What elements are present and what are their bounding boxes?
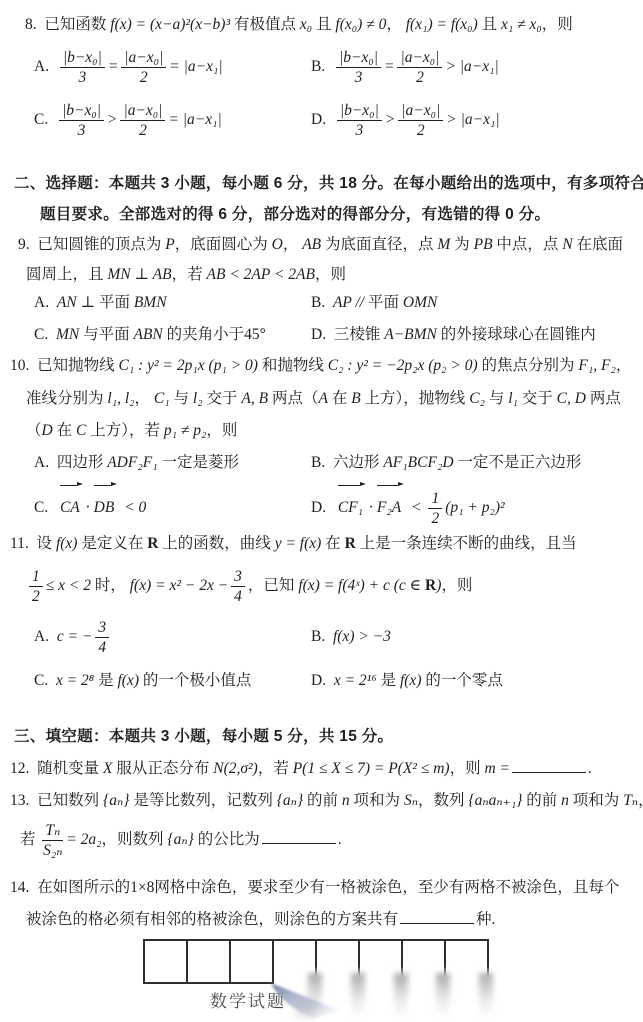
text-run: 被涂色的格必须有相邻的格被涂色，则涂色的方案共有	[26, 911, 398, 928]
fraction: |b−x₀|3	[336, 49, 381, 87]
math-run: AB	[302, 236, 321, 253]
question-9-option-c: C. MN 与平面 ABN 的夹角小于45°	[34, 324, 266, 346]
grid-line	[186, 939, 188, 984]
math-run: x = 2¹⁶	[334, 672, 377, 689]
text-run: A.	[34, 58, 57, 75]
question-9-stem-line-1: 9. 已知圆锥的顶点为 P，底面圆心为 O， AB 为底面直径，点 M 为 PB…	[18, 234, 623, 256]
text-run: 9. 已知圆锥的顶点为	[18, 236, 165, 253]
text-run: 项和为	[569, 792, 623, 809]
text-run: 两点（	[268, 390, 318, 407]
text-run: 为底面直径，点	[321, 236, 437, 253]
math-run: <	[407, 499, 425, 516]
text-run: 和抛物线	[258, 357, 328, 374]
fraction: |a−x₀|2	[120, 102, 165, 140]
text-run: ，	[638, 792, 643, 809]
fraction-numerator: Tₙ	[42, 822, 63, 841]
math-run: P(1 ≤ X ≤ 7) = P(X² ≤ m)	[293, 760, 450, 777]
bold-math-run: R	[147, 535, 158, 552]
text-run: 10. 已知抛物线	[10, 357, 119, 374]
text-run: 的前	[303, 792, 342, 809]
text-run: 且	[478, 16, 501, 33]
math-run: A, B	[241, 390, 268, 407]
math-run: > |a−x₁|	[445, 58, 498, 75]
math-run: {aₙ}	[277, 792, 303, 809]
text-run: B. 六边形	[311, 454, 383, 471]
fraction-denominator: 2	[417, 121, 425, 139]
fraction: |b−x₀|3	[60, 49, 105, 87]
math-run: PB	[474, 236, 493, 253]
math-run: AB < 2AP < 2AB	[207, 266, 315, 283]
math-run: BMN	[134, 294, 167, 311]
math-run: A−BMN	[384, 326, 437, 343]
math-run: > |a−x₁|	[446, 111, 499, 128]
text-run: ，则	[542, 16, 573, 33]
text-run: 两点	[586, 390, 621, 407]
fraction-denominator: 3	[355, 68, 363, 86]
text-run: 14. 在如图所示的1×8网格中涂色，要求至少有一格被涂色，至少有两格不被涂色，…	[10, 879, 619, 896]
text-run: D. 三棱锥	[311, 326, 384, 343]
answer-blank	[400, 908, 474, 924]
question-14-stem-line-2: 被涂色的格必须有相邻的格被涂色，则涂色的方案共有种.	[26, 908, 495, 931]
math-run: AN	[57, 294, 77, 311]
math-run: = |a−x₁|	[169, 58, 222, 75]
fraction: TₙS₂ₙ	[42, 822, 63, 860]
text-run: 上的函数，曲线	[158, 535, 274, 552]
text-run: 的公比为	[194, 831, 260, 848]
text-run: 与	[170, 390, 193, 407]
fraction: |b−x₀|3	[59, 102, 104, 140]
fraction: |a−x₀|2	[121, 49, 166, 87]
text-run: 的前	[522, 792, 561, 809]
fraction-denominator: 3	[78, 68, 86, 86]
text-run: B.	[311, 628, 333, 645]
text-run: C.	[34, 499, 56, 516]
math-run: = |a−x₁|	[168, 111, 221, 128]
question-12: 12. 随机变量 X 服从正态分布 N(2,σ²)，若 P(1 ≤ X ≤ 7)…	[10, 757, 592, 780]
text-run: 时，	[91, 577, 130, 594]
fraction-numerator: |b−x₀|	[60, 49, 105, 68]
text-run: .	[588, 760, 592, 777]
text-run: 交于	[203, 390, 242, 407]
math-run: =	[384, 58, 394, 75]
fraction-numerator: |a−x₀|	[120, 102, 165, 121]
math-run: x₁ ≠ x₀	[501, 16, 542, 33]
grid-line	[487, 939, 489, 977]
math-run: n	[342, 792, 350, 809]
question-14-stem-line-1: 14. 在如图所示的1×8网格中涂色，要求至少有一格被涂色，至少有两格不被涂色，…	[10, 877, 619, 899]
text-run: 中点，点	[493, 236, 563, 253]
math-run: N	[562, 236, 572, 253]
fraction-denominator: 2	[431, 509, 439, 527]
text-run: ，则数列	[102, 831, 168, 848]
question-8-option-a: A. |b−x₀|3=|a−x₀|2= |a−x₁|	[34, 46, 223, 88]
text-run: 若	[20, 831, 39, 848]
math-run: M	[437, 236, 450, 253]
math-run: < 0	[120, 499, 146, 516]
math-run: n	[561, 792, 569, 809]
math-run: MN ⊥ AB	[107, 266, 171, 283]
math-run: f(x) > −3	[333, 628, 391, 645]
math-run: AP //	[333, 294, 364, 311]
math-run: y = f(x)	[275, 535, 322, 552]
text-run: 在	[53, 422, 76, 439]
text-run: 是	[377, 672, 400, 689]
text-run: 的夹角小于45°	[163, 326, 266, 343]
text-run: 二、选择题：本题共 3 小题，每小题 6 分，共 18 分。在每小题给出的选项中…	[14, 175, 643, 192]
math-run: ·	[369, 499, 373, 516]
fraction-numerator: |b−x₀|	[337, 102, 382, 121]
fraction-denominator: 3	[355, 121, 363, 139]
math-run: (p₁ + p₂)²	[445, 499, 504, 516]
section-2-header-line-1: 二、选择题：本题共 3 小题，每小题 6 分，共 18 分。在每小题给出的选项中…	[14, 173, 643, 195]
question-10-stem-line-1: 10. 已知抛物线 C₁ : y² = 2p₁x (p₁ > 0) 和抛物线 C…	[10, 355, 631, 377]
question-8-option-b: B. |b−x₀|3=|a−x₀|2> |a−x₁|	[311, 46, 499, 88]
math-run: ABN	[133, 326, 162, 343]
vector-arrow: DB	[93, 484, 118, 529]
vector-arrow: CA	[59, 484, 83, 529]
math-run: MN	[56, 326, 79, 343]
text-run: ，则	[441, 577, 472, 594]
text-run: 是	[94, 672, 117, 689]
math-run: x = 2⁸	[56, 672, 94, 689]
math-run: m =	[484, 760, 510, 777]
fraction-denominator: 2	[140, 68, 148, 86]
question-11-option-a: A. c = −34	[34, 616, 112, 658]
text-run: D.	[311, 111, 334, 128]
math-run: C	[76, 422, 86, 439]
text-run: D.	[311, 672, 334, 689]
text-run: ，	[135, 390, 154, 407]
math-run: f(x₁) = f(x₀)	[406, 16, 478, 33]
fraction-numerator: |b−x₀|	[59, 102, 104, 121]
fraction-numerator: 3	[95, 619, 109, 638]
text-run: B.	[311, 58, 333, 75]
math-run: C₂	[469, 390, 485, 407]
text-run: 为	[450, 236, 473, 253]
math-run: f(x)	[56, 535, 78, 552]
math-run: f(x) = f(4ˣ) + c (c ∈	[298, 577, 425, 594]
math-run: ADF₂F₁	[107, 454, 157, 471]
math-run: C, D	[557, 390, 586, 407]
text-run: C.	[34, 326, 56, 343]
text-run: ，则	[315, 266, 346, 283]
fraction-denominator: 2	[139, 121, 147, 139]
question-10-option-b: B. 六边形 AF₁BCF₂D 一定不是正六边形	[311, 452, 581, 474]
answer-blank	[262, 828, 336, 844]
text-run: B.	[311, 294, 333, 311]
question-10-option-d: D. CF₁·F₂A < 12(p₁ + p₂)²	[311, 484, 505, 529]
text-run: 在底面	[573, 236, 623, 253]
math-run: l₂	[193, 390, 203, 407]
question-9-stem-line-2: 圆周上，且 MN ⊥ AB，若 AB < 2AP < 2AB，则	[26, 264, 346, 286]
question-8-option-c: C. |b−x₀|3>|a−x₀|2= |a−x₁|	[34, 99, 222, 141]
math-run: Sₙ	[404, 792, 418, 809]
question-8-stem: 8. 已知函数 f(x) = (x−a)²(x−b)³ 有极值点 x₀ 且 f(…	[25, 14, 573, 36]
text-run: 一定不是正六边形	[454, 454, 582, 471]
text-run: ，数列	[418, 792, 468, 809]
answer-blank	[512, 757, 586, 773]
fraction-denominator: 4	[234, 587, 242, 605]
fraction-denominator: 3	[78, 121, 86, 139]
text-run: 圆周上，且	[26, 266, 107, 283]
scan-smudge	[394, 973, 408, 1019]
question-9-option-a: A. AN ⊥ 平面 BMN	[34, 292, 167, 314]
fraction-numerator: 1	[428, 490, 442, 509]
exam-page: 8. 已知函数 f(x) = (x−a)²(x−b)³ 有极值点 x₀ 且 f(…	[0, 0, 643, 1022]
question-13-stem-line-2: 若 TₙS₂ₙ= 2a₂，则数列 {aₙ} 的公比为.	[20, 819, 342, 861]
section-3-header: 三、填空题：本题共 3 小题，每小题 5 分，共 15 分。	[14, 726, 393, 748]
math-run: P	[165, 236, 174, 253]
math-run: C₁	[154, 390, 170, 407]
text-run: 是等比数列，记数列	[129, 792, 276, 809]
fraction-numerator: 3	[231, 568, 245, 587]
fraction-numerator: |b−x₀|	[336, 49, 381, 68]
text-run: 11. 设	[10, 535, 56, 552]
text-run: 项和为	[350, 792, 404, 809]
grid-line	[143, 982, 274, 984]
text-run: 上方），若	[86, 422, 164, 439]
math-run: N(2,σ²)	[213, 760, 258, 777]
question-11-option-b: B. f(x) > −3	[311, 616, 391, 658]
text-run: 的一个零点	[421, 672, 502, 689]
fraction: 34	[95, 619, 109, 657]
section-2-header-line-2: 题目要求。全部选对的得 6 分，部分选对的得部分分，有选错的得 0 分。	[40, 204, 550, 226]
fraction-numerator: 1	[29, 568, 43, 587]
text-run: ，则	[206, 422, 237, 439]
bold-math-run: R	[345, 535, 356, 552]
text-run: 的焦点分别为	[478, 357, 579, 374]
grid-line	[143, 939, 145, 984]
question-11-option-c: C. x = 2⁸ 是 f(x) 的一个极小值点	[34, 670, 251, 692]
text-run: 交于	[518, 390, 557, 407]
text-run: 的外接球球心在圆锥内	[437, 326, 596, 343]
text-run: 8. 已知函数	[25, 16, 110, 33]
question-13-stem-line-1: 13. 已知数列 {aₙ} 是等比数列，记数列 {aₙ} 的前 n 项和为 Sₙ…	[10, 790, 643, 812]
grid-line	[315, 939, 317, 977]
text-run: A.	[34, 294, 57, 311]
text-run: ，则	[450, 760, 485, 777]
text-run: （	[26, 422, 42, 439]
text-run: ⊥ 平面	[77, 294, 134, 311]
math-run: F₁, F₂	[578, 357, 615, 374]
text-run: 的一个极小值点	[139, 672, 251, 689]
math-run: c = −	[57, 628, 93, 645]
text-run: 12. 随机变量	[10, 760, 103, 777]
vector-arrow: CF₁	[337, 484, 366, 529]
fraction-denominator: S₂ₙ	[43, 841, 62, 859]
math-run: A	[318, 390, 327, 407]
vector-arrow: F₂A	[376, 484, 404, 529]
fraction-numerator: |a−x₀|	[397, 49, 442, 68]
text-run: 平面	[364, 294, 403, 311]
text-run: ，	[386, 16, 405, 33]
scan-smudge	[436, 973, 450, 1019]
math-run: C₁ : y² = 2p₁x (p₁ > 0)	[119, 357, 258, 374]
grid-line	[358, 939, 360, 977]
text-run: C.	[34, 111, 56, 128]
math-run: l₁, l₂	[107, 390, 134, 407]
text-run: A.	[34, 628, 57, 645]
text-run: 一定是菱形	[158, 454, 239, 471]
grid-line	[444, 939, 446, 977]
math-run: Tₙ	[623, 792, 638, 809]
math-run: OMN	[403, 294, 437, 311]
math-run: l₁	[508, 390, 518, 407]
fraction: |a−x₀|2	[398, 102, 443, 140]
fraction-numerator: |a−x₀|	[121, 49, 166, 68]
question-10-stem-line-2: 准线分别为 l₁, l₂， C₁ 与 l₂ 交于 A, B 两点（A 在 B 上…	[26, 388, 621, 410]
question-8-option-d: D. |b−x₀|3>|a−x₀|2> |a−x₁|	[311, 99, 500, 141]
bold-math-run: R	[425, 577, 436, 594]
text-run: ，底面圆心为	[175, 236, 272, 253]
text-run: ，已知	[248, 577, 298, 594]
text-run: 上是一条连续不断的曲线，且当	[356, 535, 577, 552]
text-run: 与	[485, 390, 508, 407]
fraction: |b−x₀|3	[337, 102, 382, 140]
text-run: 13. 已知数列	[10, 792, 103, 809]
fraction-denominator: 4	[98, 638, 106, 656]
text-run: 准线分别为	[26, 390, 107, 407]
math-run: AF₁BCF₂D	[383, 454, 453, 471]
text-run: 在	[321, 535, 344, 552]
math-run: ·	[86, 499, 90, 516]
fraction-denominator: 2	[416, 68, 424, 86]
text-run: 且	[312, 16, 335, 33]
math-run: >	[385, 111, 395, 128]
text-run: 在	[328, 390, 351, 407]
question-9-option-b: B. AP // 平面 OMN	[311, 292, 437, 314]
grid-line	[401, 939, 403, 977]
text-run: ，若	[172, 266, 207, 283]
question-11-option-d: D. x = 2¹⁶ 是 f(x) 的一个零点	[311, 670, 503, 692]
math-run: =	[108, 58, 118, 75]
math-run: O	[272, 236, 283, 253]
question-11-stem-line-2: 12≤ x < 2 时， f(x) = x² − 2x −34，已知 f(x) …	[26, 565, 472, 607]
question-9-option-d: D. 三棱锥 A−BMN 的外接球球心在圆锥内	[311, 324, 596, 346]
text-run: ，若	[258, 760, 293, 777]
math-run: >	[107, 111, 117, 128]
math-run: f(x) = (x−a)²(x−b)³	[110, 16, 230, 33]
fraction: |a−x₀|2	[397, 49, 442, 87]
math-run: f(x)	[400, 672, 422, 689]
question-10-option-c: C. CA·DB < 0	[34, 484, 146, 529]
math-run: f(x) = x² − 2x −	[130, 577, 228, 594]
fraction: 12	[428, 490, 442, 528]
scan-smudge-wedge	[261, 978, 357, 1022]
question-11-stem-line-1: 11. 设 f(x) 是定义在 R 上的函数，曲线 y = f(x) 在 R 上…	[10, 533, 577, 555]
text-run: 上方），抛物线	[361, 390, 470, 407]
fraction-denominator: 2	[32, 587, 40, 605]
text-run: D.	[311, 499, 334, 516]
math-run: ≤ x < 2	[46, 577, 91, 594]
question-10-stem-line-3: （D 在 C 上方），若 p₁ ≠ p₂，则	[26, 420, 237, 442]
text-run: 种.	[476, 911, 495, 928]
scan-smudge	[479, 973, 493, 1019]
text-run: 是定义在	[77, 535, 147, 552]
text-run: 有极值点	[230, 16, 300, 33]
math-run: {aₙ}	[167, 831, 193, 848]
math-run: f(x₀) ≠ 0	[335, 16, 386, 33]
math-run: B	[351, 390, 360, 407]
math-run: {aₙ}	[103, 792, 129, 809]
fraction: 34	[231, 568, 245, 606]
text-run: 服从正态分布	[112, 760, 213, 777]
text-run: 与平面	[79, 326, 133, 343]
math-run: f(x)	[117, 672, 139, 689]
text-run: 题目要求。全部选对的得 6 分，部分选对的得部分分，有选错的得 0 分。	[40, 206, 550, 223]
math-run: = 2a₂	[66, 831, 101, 848]
text-run: ，	[283, 236, 302, 253]
text-run: .	[338, 831, 342, 848]
math-run: {aₙaₙ₊₁}	[468, 792, 522, 809]
text-run: ，	[616, 357, 632, 374]
math-run: x₀	[300, 16, 312, 33]
text-run: C.	[34, 672, 56, 689]
math-run: D	[42, 422, 53, 439]
grid-line	[229, 939, 231, 984]
fraction-numerator: |a−x₀|	[398, 102, 443, 121]
fraction: 12	[29, 568, 43, 606]
text-run: A. 四边形	[34, 454, 107, 471]
math-run: p₁ ≠ p₂	[164, 422, 207, 439]
math-run: C₂ : y² = −2p₂x (p₂ > 0)	[328, 357, 478, 374]
question-10-option-a: A. 四边形 ADF₂F₁ 一定是菱形	[34, 452, 239, 474]
text-run: 三、填空题：本题共 3 小题，每小题 5 分，共 15 分。	[14, 728, 393, 745]
